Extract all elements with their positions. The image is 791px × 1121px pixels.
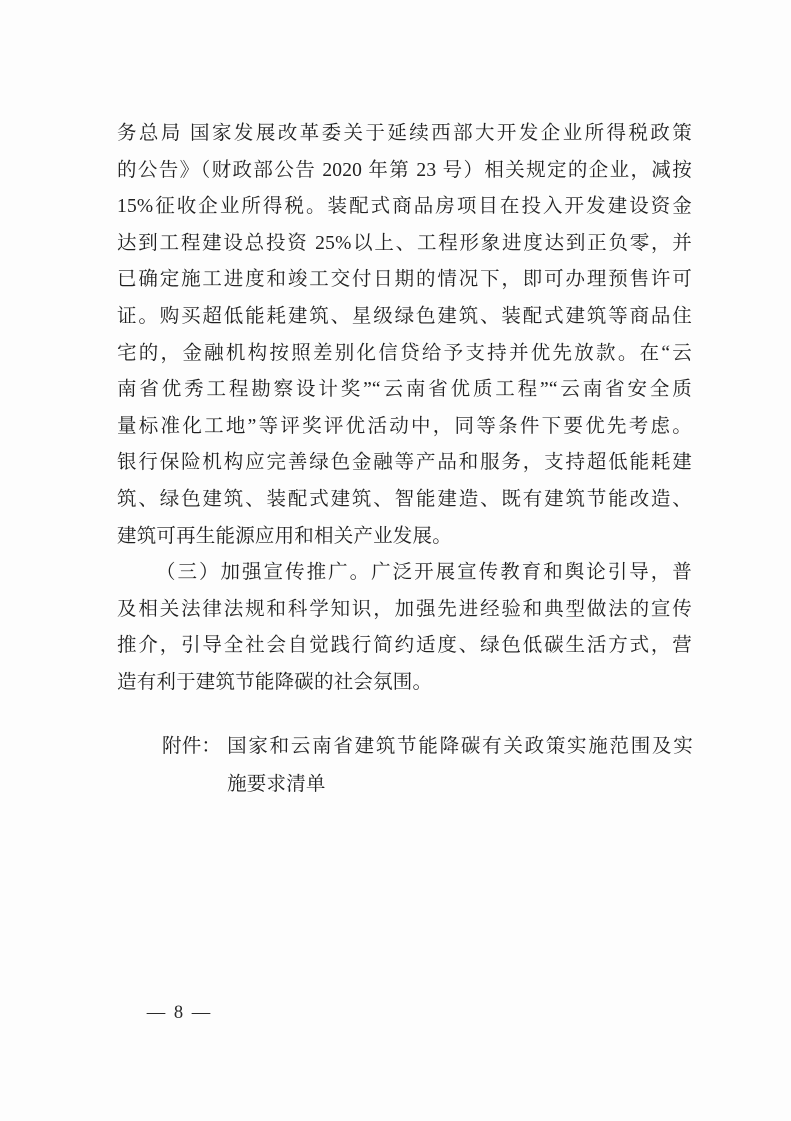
- text-line: 建筑可再生能源应用和相关产业发展。: [117, 519, 692, 556]
- text-line: 的公告》（财政部公告 2020 年第 23 号）相关规定的企业，减按: [117, 153, 692, 190]
- text-line: 造有利于建筑节能降碳的社会氛围。: [117, 665, 692, 702]
- text-line: 国家和云南省建筑节能降碳有关政策实施范围及实: [227, 728, 693, 766]
- text-line: 达到工程建设总投资 25%以上、工程形象进度达到正负零，并: [117, 226, 692, 263]
- text-line: 量标准化工地”等评奖评优活动中，同等条件下要优先考虑。: [117, 409, 692, 446]
- text-line: 银行保险机构应完善绿色金融等产品和服务，支持超低能耗建: [117, 445, 692, 482]
- text-line: 证。购买超低能耗建筑、星级绿色建筑、装配式建筑等商品住: [117, 299, 692, 336]
- text-line: 筑、绿色建筑、装配式建筑、智能建造、既有建筑节能改造、: [117, 482, 692, 519]
- page-number: — 8 —: [132, 1003, 227, 1024]
- text-line: 15%征收企业所得税。装配式商品房项目在投入开发建设资金: [117, 189, 692, 226]
- text-line: 南省优秀工程勘察设计奖”“云南省优质工程”“云南省安全质: [117, 372, 692, 409]
- body-text: 务总局 国家发展改革委关于延续西部大开发企业所得税政策的公告》（财政部公告 20…: [117, 116, 692, 702]
- text-line: 已确定施工进度和竣工交付日期的情况下，即可办理预售许可: [117, 262, 692, 299]
- text-line: 及相关法律法规和科学知识，加强先进经验和典型做法的宣传: [117, 592, 692, 629]
- document-page: 务总局 国家发展改革委关于延续西部大开发企业所得税政策的公告》（财政部公告 20…: [0, 0, 791, 1121]
- attachment-label: 附件：: [162, 728, 221, 766]
- text-line: 推介，引导全社会自觉践行简约适度、绿色低碳生活方式，营: [117, 628, 692, 665]
- text-line: 务总局 国家发展改革委关于延续西部大开发企业所得税政策: [117, 116, 692, 153]
- attachment-note: 附件： 国家和云南省建筑节能降碳有关政策实施范围及实施要求清单: [162, 728, 693, 804]
- text-line: 宅的，金融机构按照差别化信贷给予支持并优先放款。在“云: [117, 336, 692, 373]
- text-line: 施要求清单: [227, 766, 693, 804]
- attachment-content: 国家和云南省建筑节能降碳有关政策实施范围及实施要求清单: [227, 728, 693, 804]
- text-line: （三）加强宣传推广。广泛开展宣传教育和舆论引导，普: [117, 555, 692, 592]
